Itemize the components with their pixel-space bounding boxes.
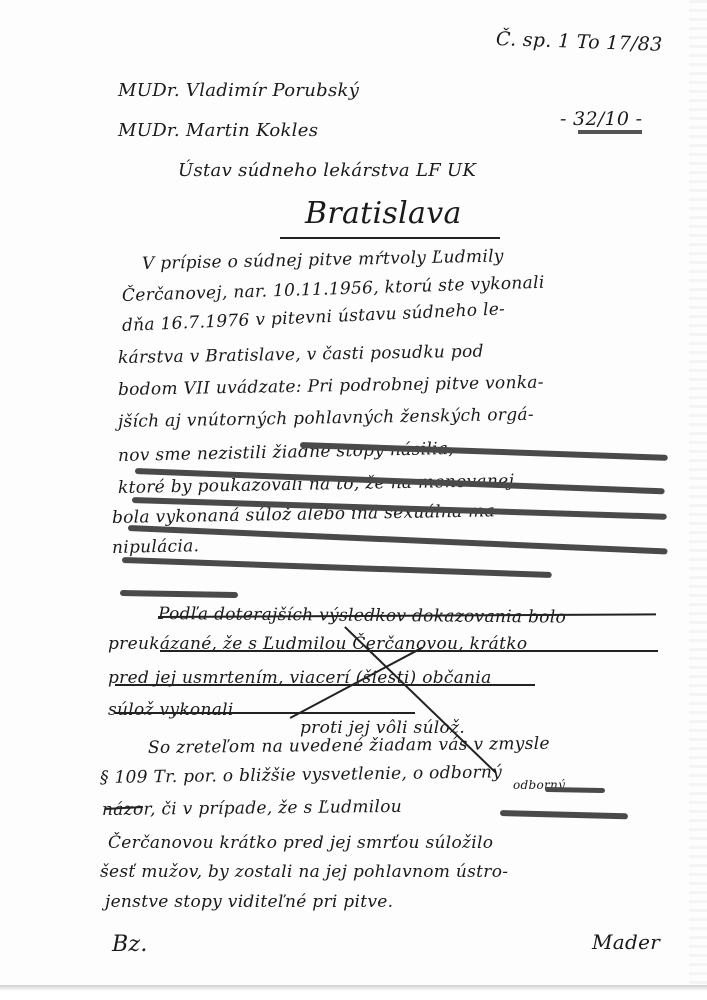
struck-text-line: súlož vykonali — [108, 700, 234, 720]
initials: Bz. — [112, 932, 148, 957]
text-line: bodom VII uvádzate: Pri podrobnej pitve … — [118, 373, 544, 400]
text-line: V prípise o súdnej pitve mŕtvoly Ľudmily — [142, 246, 504, 274]
addressee-1: MUDr. Vladimír Porubský — [118, 80, 359, 101]
page-bottom-edge — [0, 985, 707, 1000]
marker-underline — [122, 557, 552, 578]
marker-underline — [120, 590, 238, 598]
reference-number: Č. sp. 1 To 17/83 — [496, 28, 663, 56]
text-line: dňa 16.7.1976 v pitevni ústavu súdneho l… — [122, 299, 506, 336]
text-line: § 109 Tr. por. o bližšie vysvetlenie, o … — [100, 762, 502, 788]
text-line: jších aj vnútorných pohlavných ženských … — [118, 405, 534, 432]
text-line: Čerčanovou krátko pred jej smrťou súloži… — [108, 833, 493, 853]
addressee-institution: Ústav súdneho lekárstva LF UK — [178, 160, 476, 181]
signature: Mader — [592, 930, 660, 954]
file-number-underline — [578, 130, 642, 134]
text-line: šesť mužov, by zostali na jej pohlavnom … — [100, 862, 508, 882]
scanned-page: Č. sp. 1 To 17/83 - 32/10 - MUDr. Vladim… — [0, 0, 707, 985]
city-underline — [280, 237, 500, 239]
city: Bratislava — [305, 196, 462, 231]
strikethrough — [115, 712, 415, 714]
marker-underline — [545, 787, 605, 793]
strikethrough — [115, 684, 535, 686]
file-number: - 32/10 - — [560, 108, 642, 130]
text-line: nov sme nezistili žiadne stopy násilia, — [118, 439, 454, 466]
marker-underline — [500, 810, 628, 819]
text-line: jenstve stopy viditeľné pri pitve. — [105, 892, 393, 912]
strikethrough — [160, 650, 658, 652]
text-line: So zreteľom na uvedené žiadam vás v zmys… — [148, 734, 550, 758]
text-line: názor, či v prípade, že s Ľudmilou — [102, 797, 402, 820]
scan-noise — [689, 0, 707, 985]
text-line: kárstva v Bratislave, v časti posudku po… — [118, 342, 484, 368]
addressee-2: MUDr. Martin Kokles — [118, 120, 318, 141]
text-line: nipulácia. — [112, 536, 200, 558]
marker-underline — [128, 525, 668, 555]
